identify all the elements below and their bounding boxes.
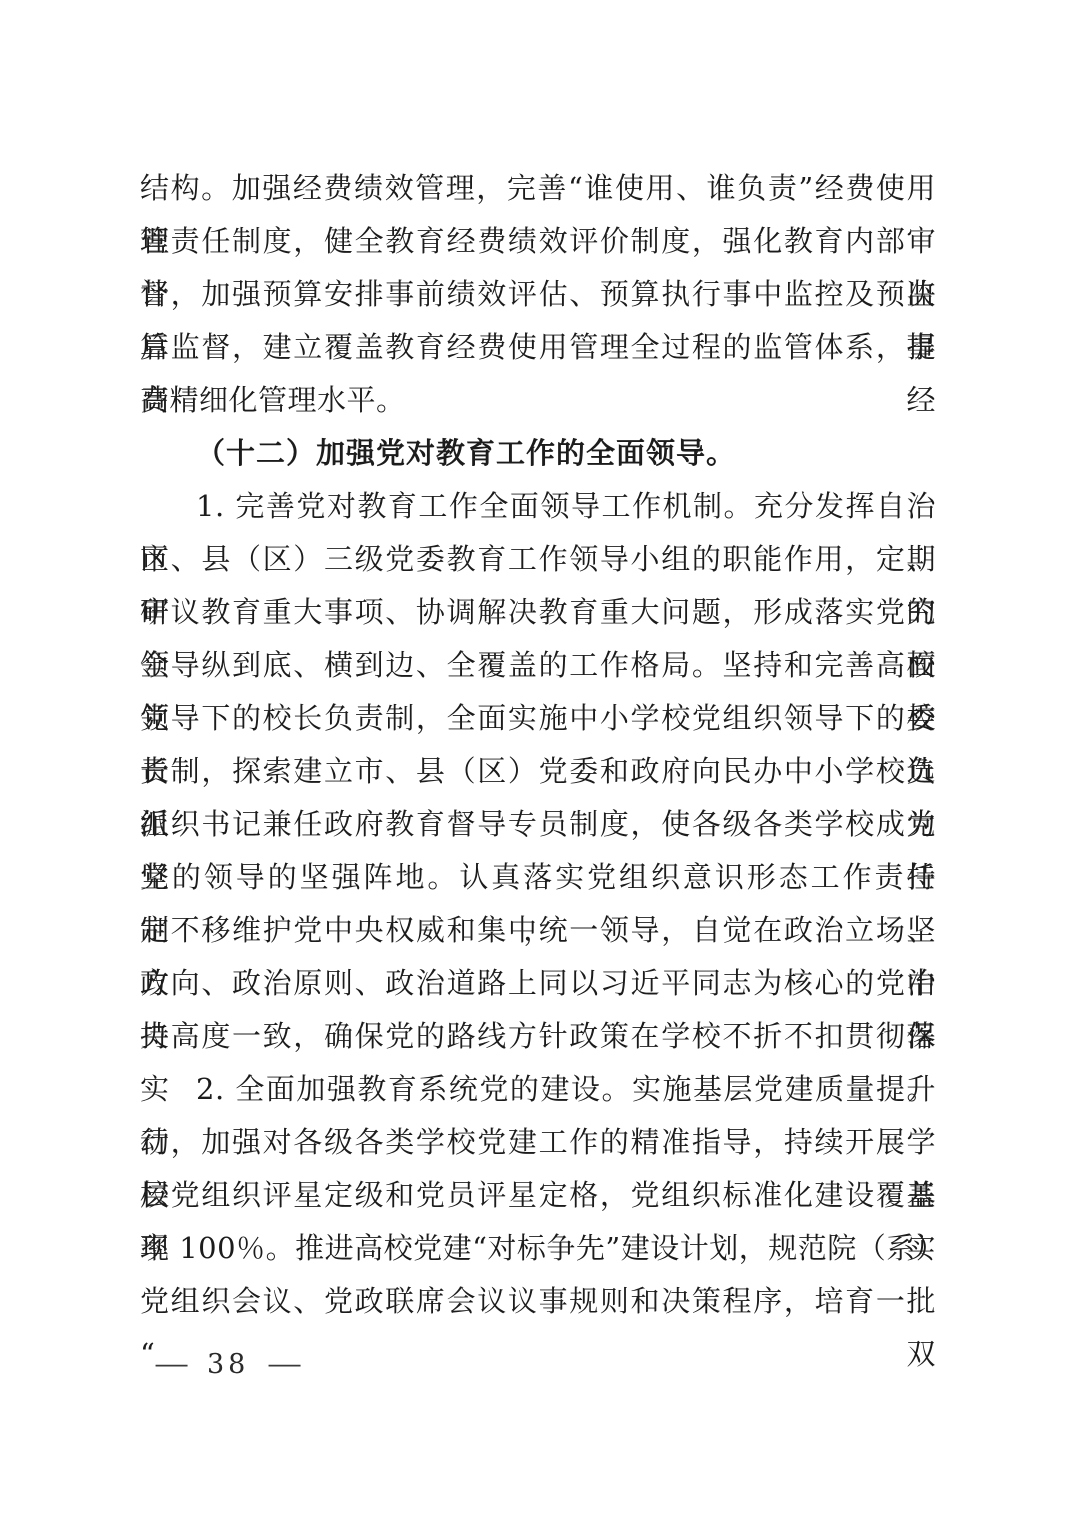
page-number: 38 (207, 1348, 249, 1382)
document-page: 结构。加强经费绩效管理，完善“谁使用、谁负责”经费使用管 理责任制度，健全教育经… (0, 0, 1074, 1520)
footer-right-dash: — (267, 1348, 302, 1382)
text-line: 督，加强预算安排事前绩效评估、预算执行事中监控及预决算事 (140, 268, 936, 321)
section-heading: （十二）加强党对教育工作的全面领导。 (140, 427, 936, 480)
paragraph-item-2: 2. 全面加强教育系统党的建设。实施基层党建质量提升行 动，加强对各级各类学校党… (140, 1063, 936, 1328)
document-body: 结构。加强经费绩效管理，完善“谁使用、谁负责”经费使用管 理责任制度，健全教育经… (140, 162, 936, 1328)
paragraph-continuation: 结构。加强经费绩效管理，完善“谁使用、谁负责”经费使用管 理责任制度，健全教育经… (140, 162, 936, 427)
text-line: 定不移维护党中央权威和集中统一领导，自觉在政治立场、政治 (140, 904, 936, 957)
text-line: 持高度一致，确保党的路线方针政策在学校不折不扣贯彻落实。 (140, 1010, 936, 1063)
text-line: 党组织会议、党政联席会议议事规则和决策程序，培育一批“双 (140, 1275, 936, 1328)
text-line: 现 100％。推进高校党建“对标争先”建设计划，规范院（系） (140, 1222, 936, 1275)
text-line: 方向、政治原则、政治道路上同以习近平同志为核心的党中央保 (140, 957, 936, 1010)
text-line: 领导纵到底、横到边、全覆盖的工作格局。坚持和完善高校党委 (140, 639, 936, 692)
page-footer: — 38 — (158, 1348, 298, 1382)
text-line: 责制，探索建立市、县（区）党委和政府向民办中小学校选派党 (140, 745, 936, 798)
footer-left-dash: — (154, 1348, 189, 1382)
text-line: 市、县（区）三级党委教育工作领导小组的职能作用，定期研究 (140, 533, 936, 586)
text-line: 2. 全面加强教育系统党的建设。实施基层党建质量提升行 (140, 1063, 936, 1116)
text-line: 领导下的校长负责制，全面实施中小学校党组织领导下的校长负 (140, 692, 936, 745)
text-line: 结构。加强经费绩效管理，完善“谁使用、谁负责”经费使用管 (140, 162, 936, 215)
text-line: 组织书记兼任政府教育督导专员制度，使各级各类学校成为坚持 (140, 798, 936, 851)
text-line: 动，加强对各级各类学校党建工作的精准指导，持续开展学校基 (140, 1116, 936, 1169)
text-line: 1. 完善党对教育工作全面领导工作机制。充分发挥自治区、 (140, 480, 936, 533)
text-line: 理责任制度，健全教育经费绩效评价制度，强化教育内部审计监 (140, 215, 936, 268)
paragraph-item-1: 1. 完善党对教育工作全面领导工作机制。充分发挥自治区、 市、县（区）三级党委教… (140, 480, 936, 1063)
text-line: 审议教育重大事项、协调解决教育重大问题，形成落实党的全面 (140, 586, 936, 639)
text-line: 党的领导的坚强阵地。认真落实党组织意识形态工作责任制，坚 (140, 851, 936, 904)
text-line: 后监督，建立覆盖教育经费使用管理全过程的监管体系，提高经 (140, 321, 936, 374)
text-line: 层党组织评星定级和党员评星定格，党组织标准化建设覆盖率实 (140, 1169, 936, 1222)
